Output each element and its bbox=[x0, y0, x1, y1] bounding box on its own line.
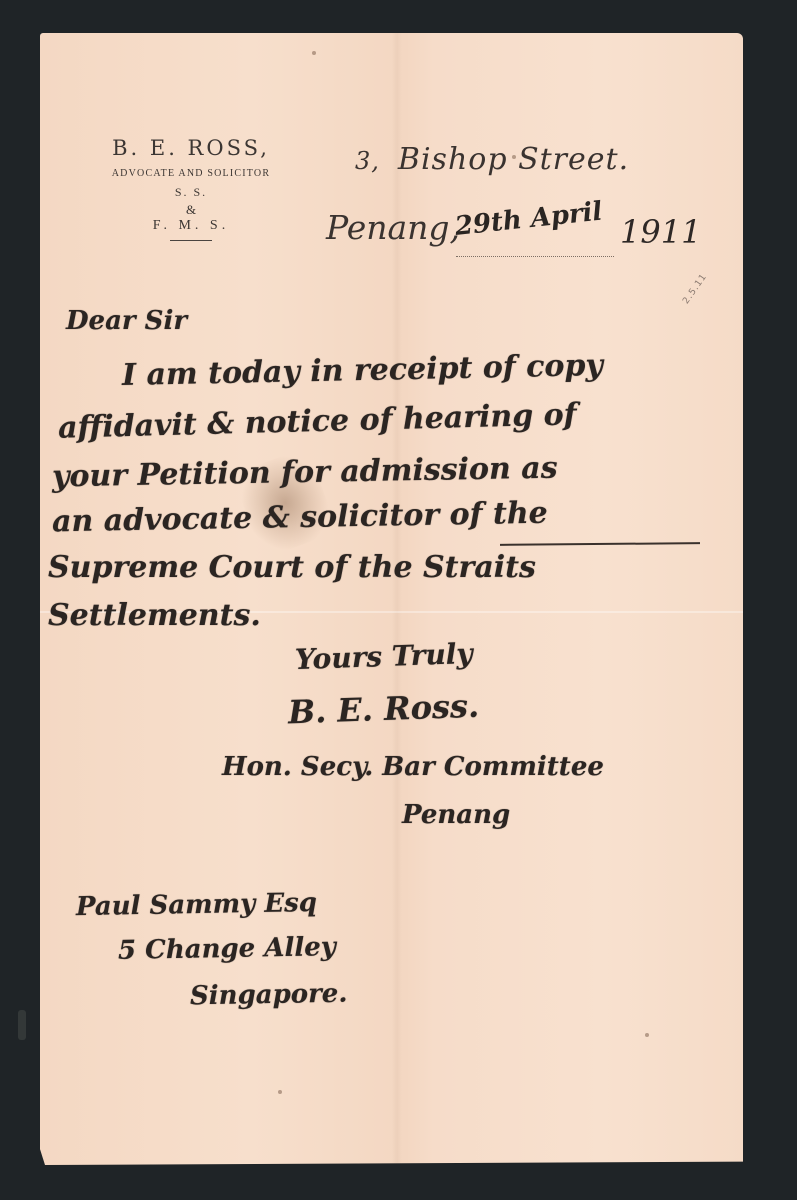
salutation: Dear Sir bbox=[66, 306, 187, 336]
letterhead-ss: S. S. bbox=[60, 185, 322, 200]
address-number: 3, bbox=[355, 147, 380, 175]
letterhead: B. E. ROSS, ADVOCATE AND SOLICITOR S. S.… bbox=[60, 136, 322, 241]
paper-spot bbox=[278, 1090, 282, 1094]
letterhead-fms: F. M. S. bbox=[60, 218, 322, 234]
letterhead-address: 3,Bishop Street. bbox=[355, 142, 629, 177]
recipient-city: Singapore. bbox=[190, 979, 348, 1012]
signature: B. E. Ross. bbox=[287, 687, 479, 732]
valediction: Yours Truly bbox=[294, 637, 473, 676]
body-line: Supreme Court of the Straits bbox=[48, 550, 536, 585]
recipient-street: 5 Change Alley bbox=[118, 932, 336, 966]
recipient-name: Paul Sammy Esq bbox=[76, 888, 317, 922]
vertical-crease bbox=[392, 33, 402, 1165]
body-line: Settlements. bbox=[48, 598, 261, 633]
background-mark bbox=[18, 1010, 26, 1040]
letterhead-place: Penang, bbox=[326, 208, 460, 247]
letterhead-title: ADVOCATE AND SOLICITOR bbox=[60, 168, 322, 179]
letter-year: 1911 bbox=[620, 213, 701, 251]
letterhead-ampersand: & bbox=[60, 202, 322, 218]
date-dotted-line bbox=[456, 256, 614, 257]
letterhead-name: B. E. ROSS, bbox=[60, 136, 322, 160]
address-street: Bishop Street. bbox=[398, 142, 629, 177]
paper-spot bbox=[312, 51, 316, 55]
letterhead-rule bbox=[170, 240, 212, 241]
signer-city: Penang bbox=[402, 800, 510, 830]
paper-spot bbox=[645, 1033, 649, 1037]
signer-role: Hon. Secy. Bar Committee bbox=[222, 752, 604, 782]
